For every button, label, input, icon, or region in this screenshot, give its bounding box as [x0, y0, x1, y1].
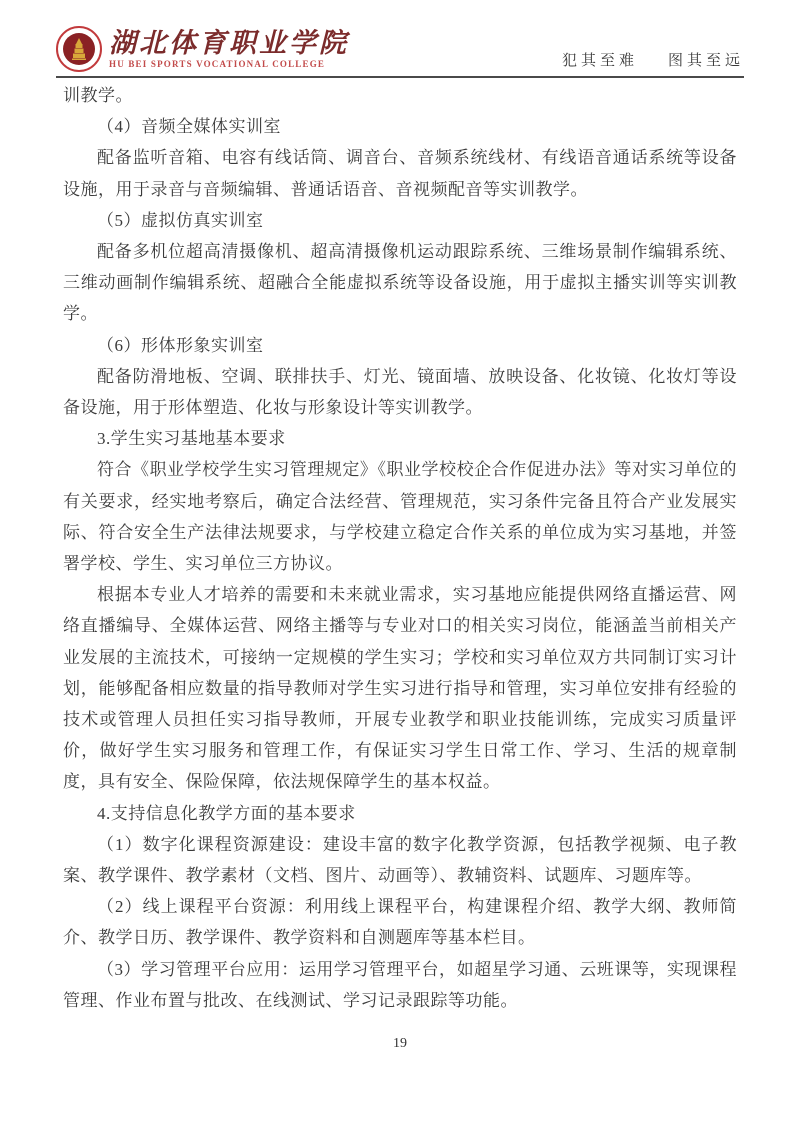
page-footer: 19	[0, 1036, 800, 1052]
paragraph-continuation: 训教学。	[63, 80, 737, 111]
motto: 犯其至难 图其至远	[562, 49, 744, 72]
heading-room-6: （6）形体形象实训室	[63, 330, 737, 361]
motto-part2: 图其至远	[668, 49, 744, 70]
paragraph-room-4: 配备监听音箱、电容有线话筒、调音台、音频系统线材、有线语音通话系统等设备设施，用…	[63, 142, 737, 204]
heading-room-5: （5）虚拟仿真实训室	[63, 205, 737, 236]
seal-inner-circle	[63, 33, 95, 65]
heading-room-4: （4）音频全媒体实训室	[63, 111, 737, 142]
college-brand: 湖北体育职业学院 HU BEI SPORTS VOCATIONAL COLLEG…	[56, 26, 349, 72]
college-name-en: HU BEI SPORTS VOCATIONAL COLLEGE	[109, 60, 349, 69]
college-names: 湖北体育职业学院 HU BEI SPORTS VOCATIONAL COLLEG…	[109, 30, 349, 69]
page-number: 19	[393, 1036, 407, 1051]
page-header: 湖北体育职业学院 HU BEI SPORTS VOCATIONAL COLLEG…	[56, 26, 744, 78]
paragraph-room-6: 配备防滑地板、空调、联排扶手、灯光、镜面墙、放映设备、化妆镜、化妆灯等设备设施，…	[63, 361, 737, 423]
document-page: 湖北体育职业学院 HU BEI SPORTS VOCATIONAL COLLEG…	[0, 0, 800, 1131]
heading-section-3: 3.学生实习基地基本要求	[63, 423, 737, 454]
document-body: 训教学。 （4）音频全媒体实训室 配备监听音箱、电容有线话筒、调音台、音频系统线…	[63, 80, 737, 1016]
paragraph-section-3a: 符合《职业学校学生实习管理规定》《职业学校校企合作促进办法》等对实习单位的有关要…	[63, 454, 737, 579]
paragraph-section-4-item-1: （1）数字化课程资源建设：建设丰富的数字化教学资源，包括教学视频、电子教案、教学…	[63, 829, 737, 891]
tower-icon	[70, 38, 88, 60]
college-name-zh: 湖北体育职业学院	[109, 30, 349, 57]
motto-part1: 犯其至难	[562, 49, 638, 70]
paragraph-section-4-item-2: （2）线上课程平台资源：利用线上课程平台，构建课程介绍、教学大纲、教师简介、教学…	[63, 891, 737, 953]
paragraph-section-4-item-3: （3）学习管理平台应用：运用学习管理平台，如超星学习通、云班课等，实现课程管理、…	[63, 954, 737, 1016]
heading-section-4: 4.支持信息化教学方面的基本要求	[63, 798, 737, 829]
paragraph-room-5: 配备多机位超高清摄像机、超高清摄像机运动跟踪系统、三维场景制作编辑系统、三维动画…	[63, 236, 737, 330]
paragraph-section-3b: 根据本专业人才培养的需要和未来就业需求，实习基地应能提供网络直播运营、网络直播编…	[63, 579, 737, 797]
college-seal-logo	[56, 26, 102, 72]
